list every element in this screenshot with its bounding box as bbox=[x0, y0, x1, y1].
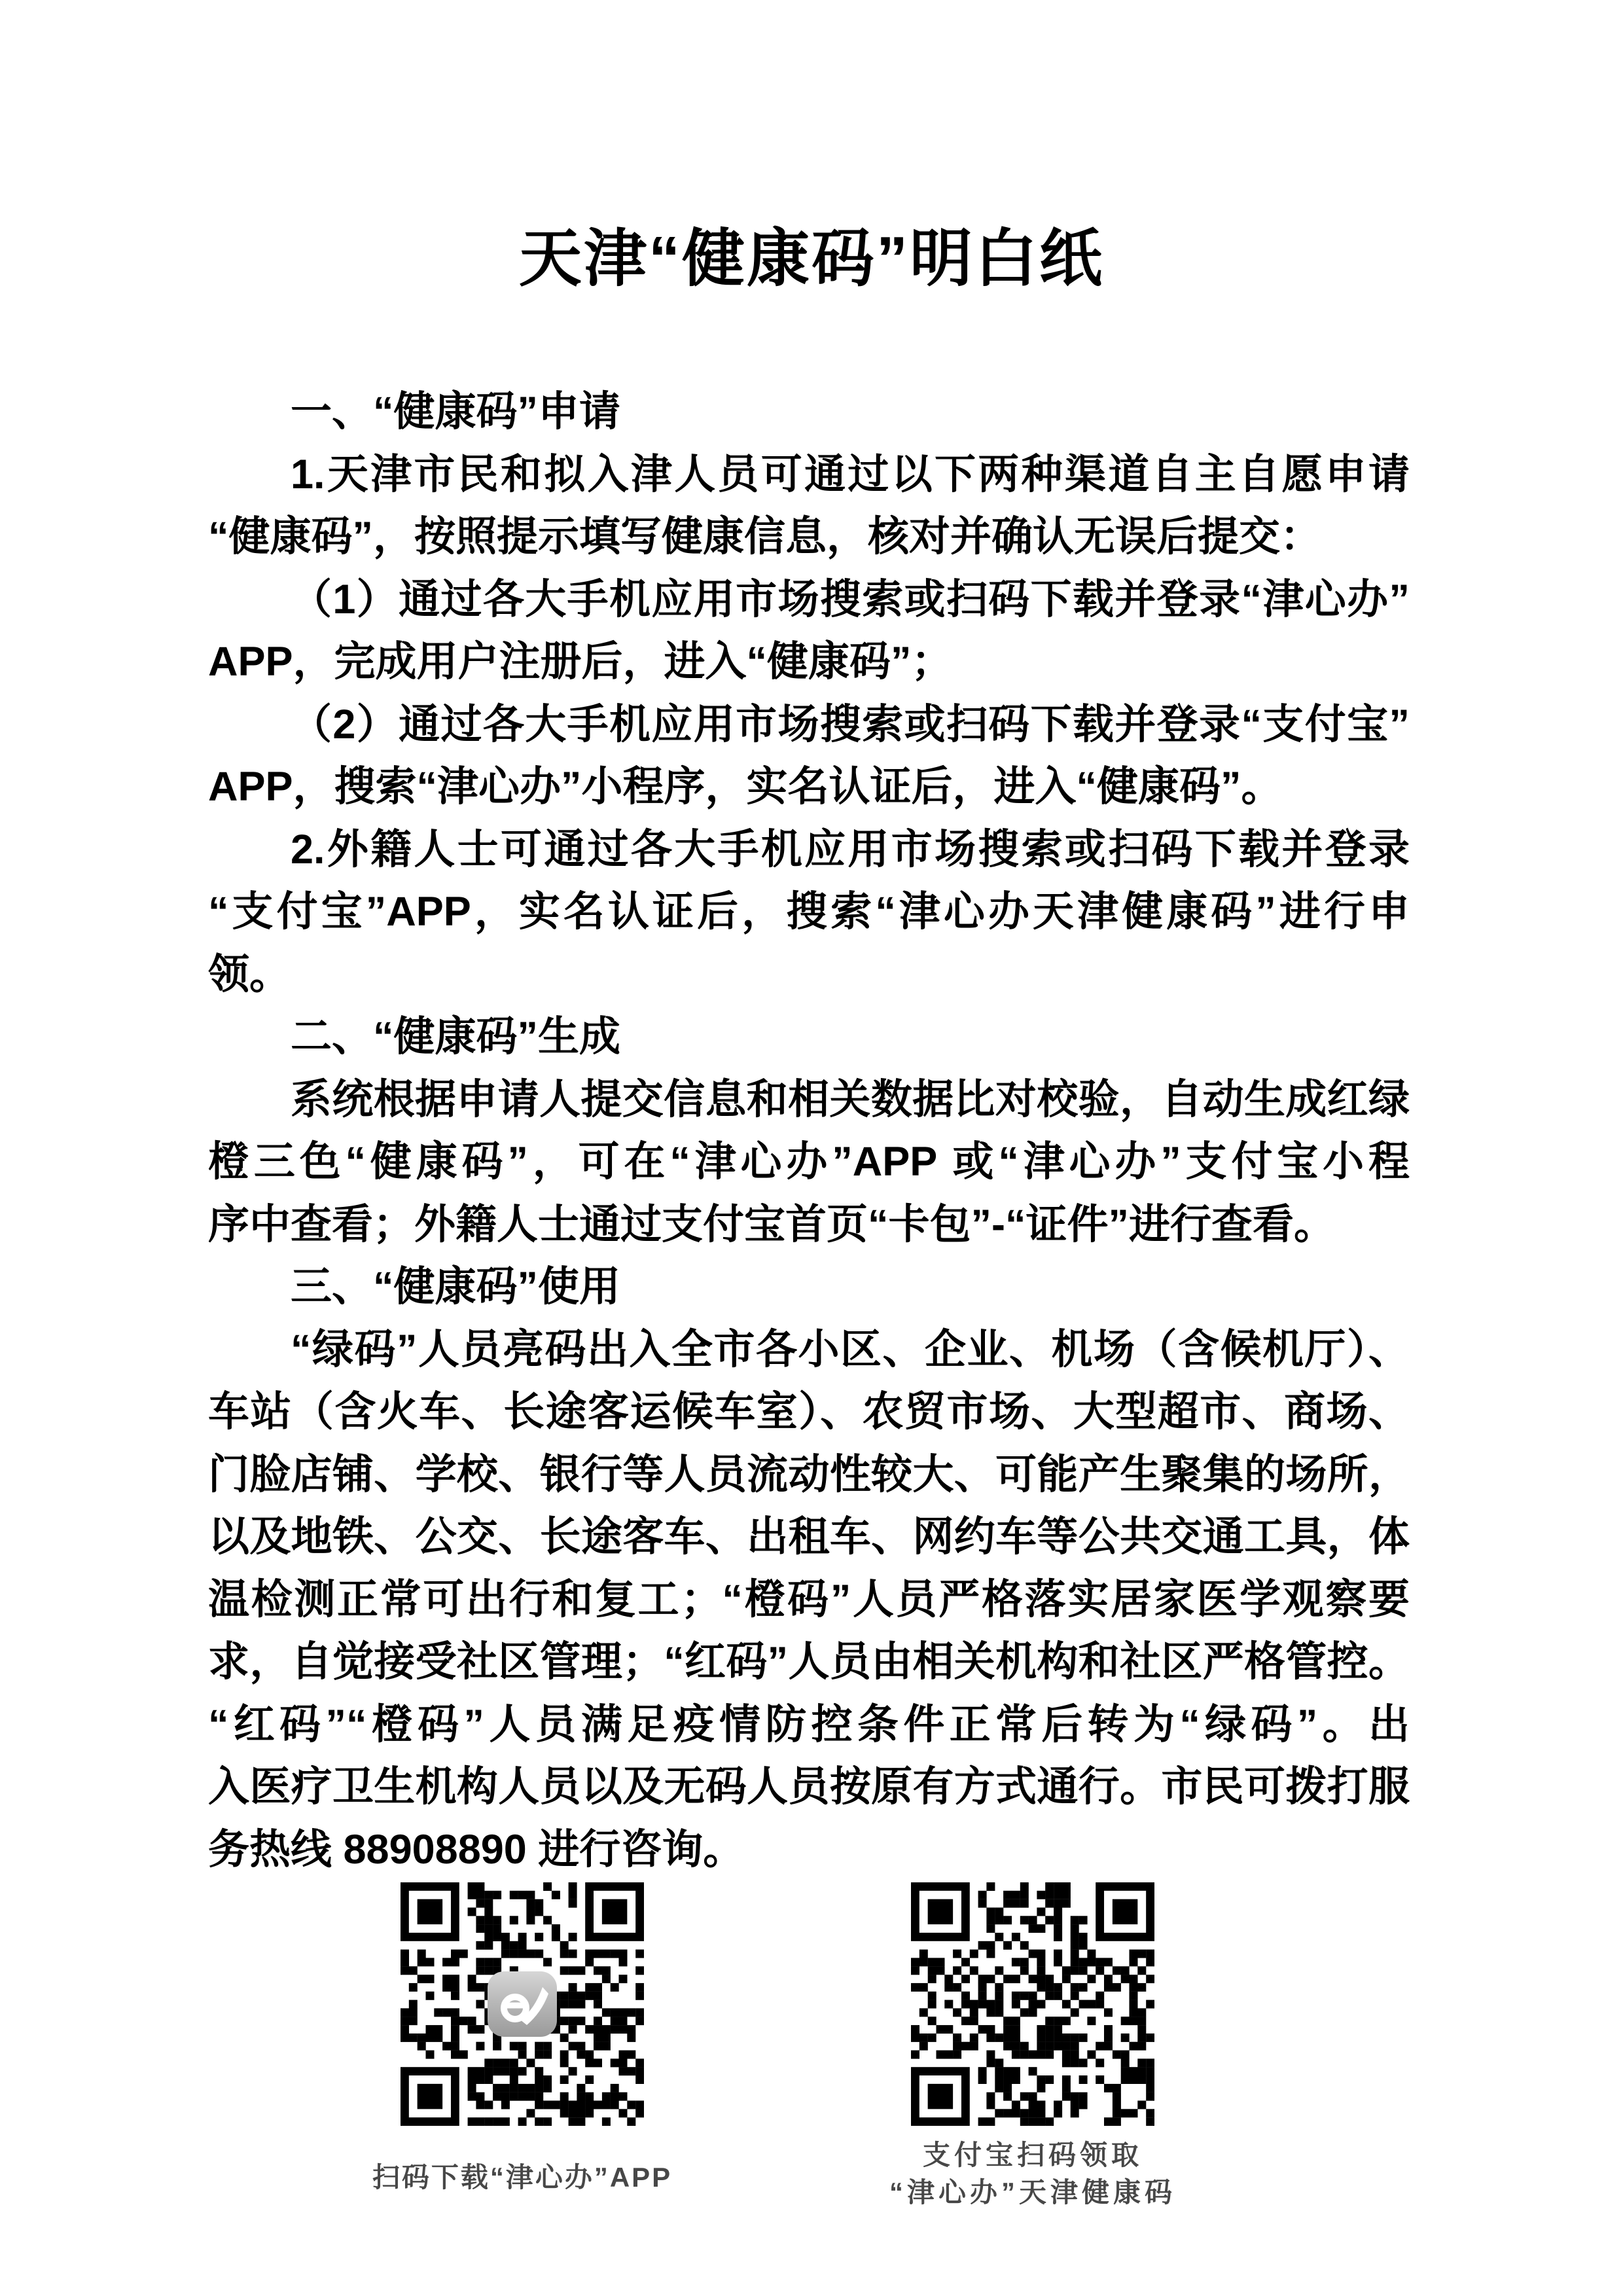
qr-caption-jinxinban-app: 扫码下载“津心办”APP bbox=[372, 2156, 672, 2195]
document-body: 一、“健康码”申请 1.天津市民和拟入津人员可通过以下两种渠道自主自愿申请 “健… bbox=[208, 381, 1410, 1881]
qr-caption-alipay-health: 支付宝扫码领取 “津心办”天津健康码 bbox=[889, 2136, 1176, 2211]
document-title: 天津“健康码”明白纸 bbox=[0, 220, 1623, 298]
body-line: 门脸店铺、学校、银行等人员流动性较大、可能产生聚集的场所， bbox=[208, 1444, 1410, 1507]
body-line: 入医疗卫生机构人员以及无码人员按原有方式通行。市民可拨打服 bbox=[208, 1756, 1410, 1819]
body-line: “绿码”人员亮码出入全市各小区、企业、机场（含候机厅）、 bbox=[208, 1319, 1410, 1382]
qr-block-alipay-health-code: 支付宝扫码领取 “津心办”天津健康码 bbox=[911, 1882, 1154, 2211]
qr-caption-alipay-line2: “津心办”天津健康码 bbox=[889, 2174, 1176, 2211]
body-line: 领。 bbox=[208, 944, 1410, 1007]
jinxinban-logo-icon bbox=[488, 1971, 557, 2037]
body-line: （1）通过各大手机应用市场搜索或扫码下载并登录“津心办” bbox=[208, 569, 1410, 632]
body-line: 车站（含火车、长途客运候车室）、农贸市场、大型超市、商场、 bbox=[208, 1381, 1410, 1444]
body-line: “健康码”，按照提示填写健康信息，核对并确认无误后提交： bbox=[208, 506, 1410, 569]
body-line: APP，搜索“津心办”小程序，实名认证后，进入“健康码”。 bbox=[208, 756, 1410, 819]
body-line: 1.天津市民和拟入津人员可通过以下两种渠道自主自愿申请 bbox=[208, 444, 1410, 507]
body-line: （2）通过各大手机应用市场搜索或扫码下载并登录“支付宝” bbox=[208, 694, 1410, 757]
body-line: 求，自觉接受社区管理；“红码”人员由相关机构和社区严格管控。 bbox=[208, 1631, 1410, 1694]
body-line: 务热线 88908890 进行咨询。 bbox=[208, 1819, 1410, 1882]
body-line: 橙三色“健康码”，可在“津心办”APP 或“津心办”支付宝小程 bbox=[208, 1131, 1410, 1194]
qr-caption-alipay-line1: 支付宝扫码领取 bbox=[889, 2136, 1176, 2174]
qr-code-alipay-health-icon bbox=[911, 1882, 1154, 2126]
document-page: 天津“健康码”明白纸 一、“健康码”申请 1.天津市民和拟入津人员可通过以下两种… bbox=[0, 0, 1623, 2296]
qr-section: 扫码下载“津心办”APP 支付宝扫码领取 “津心办”天津健康码 bbox=[401, 1882, 1154, 2211]
body-line: 以及地铁、公交、长途客车、出租车、网约车等公共交通工具，体 bbox=[208, 1506, 1410, 1569]
section-heading-use: 三、“健康码”使用 bbox=[208, 1256, 1410, 1319]
body-line: 系统根据申请人提交信息和相关数据比对校验，自动生成红绿 bbox=[208, 1069, 1410, 1132]
body-line: APP，完成用户注册后，进入“健康码”； bbox=[208, 631, 1410, 694]
body-line: 温检测正常可出行和复工；“橙码”人员严格落实居家医学观察要 bbox=[208, 1569, 1410, 1632]
section-heading-apply: 一、“健康码”申请 bbox=[208, 381, 1410, 444]
qr-block-jinxinban-app: 扫码下载“津心办”APP bbox=[401, 1882, 644, 2211]
section-heading-generate: 二、“健康码”生成 bbox=[208, 1006, 1410, 1069]
body-line: “红码”“橙码”人员满足疫情防控条件正常后转为“绿码”。出 bbox=[208, 1694, 1410, 1757]
body-line: “支付宝”APP，实名认证后，搜索“津心办天津健康码”进行申 bbox=[208, 881, 1410, 944]
body-line: 2.外籍人士可通过各大手机应用市场搜索或扫码下载并登录 bbox=[208, 819, 1410, 882]
body-line: 序中查看；外籍人士通过支付宝首页“卡包”-“证件”进行查看。 bbox=[208, 1194, 1410, 1257]
